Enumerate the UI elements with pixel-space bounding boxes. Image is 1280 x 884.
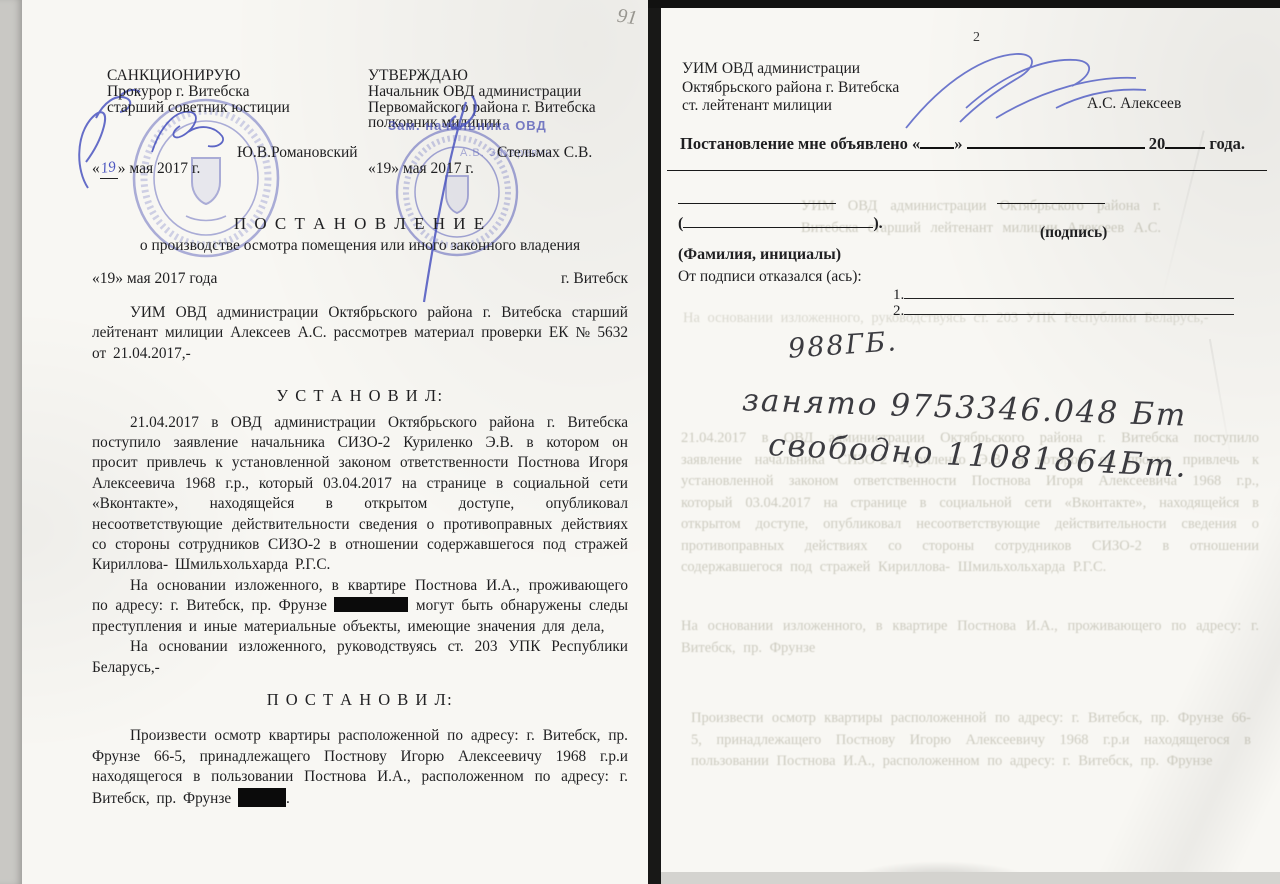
officer-line2: Октябрьского района г. Витебска xyxy=(682,79,899,98)
officer-name: А.С. Алексеев xyxy=(1087,95,1181,113)
redaction-box-2 xyxy=(238,788,286,807)
day-blank xyxy=(920,133,954,149)
item-2-blank xyxy=(904,301,1234,315)
sanction-line1: Прокурор г. Витебска xyxy=(107,84,290,100)
signature-label: (подпись) xyxy=(1040,224,1107,242)
date-place-row: «19» мая 2017 года г. Витебск xyxy=(92,270,628,288)
document-title: П О С Т А Н О В Л Е Н И Е xyxy=(92,214,628,234)
page-divider-shadow xyxy=(648,0,661,884)
announce-part2: » xyxy=(954,134,962,153)
sanction-block: САНКЦИОНИРУЮ Прокурор г. Витебска старши… xyxy=(107,68,290,115)
paragraph-1: 21.04.2017 в ОВД администрации Октябрьск… xyxy=(92,413,628,576)
page-left: 91 САНКЦИОНИРУЮ Прокурор г. Витебска ста… xyxy=(22,0,648,884)
officer-line3: ст. лейтенант милиции xyxy=(682,97,899,116)
sanction-date-open: « xyxy=(92,160,100,177)
item-1-blank xyxy=(904,285,1234,299)
approve-signer-name: Стельмах С.В. xyxy=(497,145,592,161)
heading-postanovil: П О С Т А Н О В И Л: xyxy=(92,690,628,710)
announce-line: Постановление мне объявлено «» 20 года. xyxy=(680,133,1245,154)
page-right: 2 УИМ ОВД администрации Октябрьского рай… xyxy=(661,8,1280,872)
handwriting-line2: занято 9753346.048 Бт xyxy=(742,382,1188,434)
blank-line-right xyxy=(997,203,1105,204)
scan-bottom-edge xyxy=(661,872,1280,884)
document-body: УИМ ОВД администрации Октябрьского район… xyxy=(92,303,628,809)
page-number: 2 xyxy=(973,30,980,46)
approve-title: УТВЕРЖДАЮ xyxy=(368,68,596,84)
surname-label: (Фамилия, инициалы) xyxy=(678,246,841,264)
scan-left-edge xyxy=(0,0,22,884)
officer-signature-ink xyxy=(896,48,1196,138)
heading-ustanovil: У С Т А Н О В И Л: xyxy=(92,386,628,406)
document-place: г. Витебск xyxy=(561,270,628,288)
officer-line1: УИМ ОВД администрации xyxy=(682,60,899,79)
refusal-item-2: 2. xyxy=(893,301,1234,320)
sanction-date-close: » мая 2017 г. xyxy=(118,160,201,177)
bleedthrough-text: Произвести осмотр квартиры расположенной… xyxy=(691,708,1251,798)
blank-line-full xyxy=(667,170,1267,171)
pencil-page-note: 91 xyxy=(615,5,638,31)
month-blank xyxy=(967,133,1145,149)
announce-part1: Постановление мне объявлено « xyxy=(680,134,920,153)
scanned-document: 91 САНКЦИОНИРУЮ Прокурор г. Витебска ста… xyxy=(0,0,1280,884)
blank-line-left xyxy=(678,203,836,204)
scan-top-edge xyxy=(648,0,1280,8)
document-subtitle: о производстве осмотра помещения или ино… xyxy=(92,237,628,255)
paren-blank xyxy=(683,213,873,228)
paragraph-2: На основании изложенного, в квартире Пос… xyxy=(92,576,628,637)
paren-close: ). xyxy=(873,215,882,232)
intro-paragraph: УИМ ОВД администрации Октябрьского район… xyxy=(92,303,628,364)
item-2-number: 2. xyxy=(893,303,904,319)
paper-crease xyxy=(1159,130,1204,305)
paragraph-3: На основании изложенного, руководствуясь… xyxy=(92,637,628,678)
paragraph-4-after: . xyxy=(286,790,290,807)
refusal-line: От подписи отказался (ась): xyxy=(678,268,862,286)
sanction-line2: старший советник юстиции xyxy=(107,100,290,116)
sanction-signer-name: Ю.В.Романовский xyxy=(237,145,358,161)
date-blank: 19 xyxy=(100,161,118,179)
officer-block: УИМ ОВД администрации Октябрьского район… xyxy=(682,60,899,116)
sanction-title: САНКЦИОНИРУЮ xyxy=(107,68,290,84)
document-date: «19» мая 2017 года xyxy=(92,270,217,288)
approve-date: «19» мая 2017 г. xyxy=(368,161,474,177)
redaction-box-1 xyxy=(334,597,408,612)
announce-part4: года. xyxy=(1209,134,1245,153)
announce-part3: 20 xyxy=(1149,134,1166,153)
paren-row: (). xyxy=(678,213,883,233)
paragraph-4: Произвести осмотр квартиры расположенной… xyxy=(92,726,628,809)
sanction-date: «19» мая 2017 г. xyxy=(92,161,200,179)
paragraph-4-before: Произвести осмотр квартиры расположенной… xyxy=(92,727,628,806)
bleedthrough-text: На основании изложенного, в квартире Пос… xyxy=(681,616,1259,680)
handwritten-day: 19 xyxy=(100,160,117,178)
